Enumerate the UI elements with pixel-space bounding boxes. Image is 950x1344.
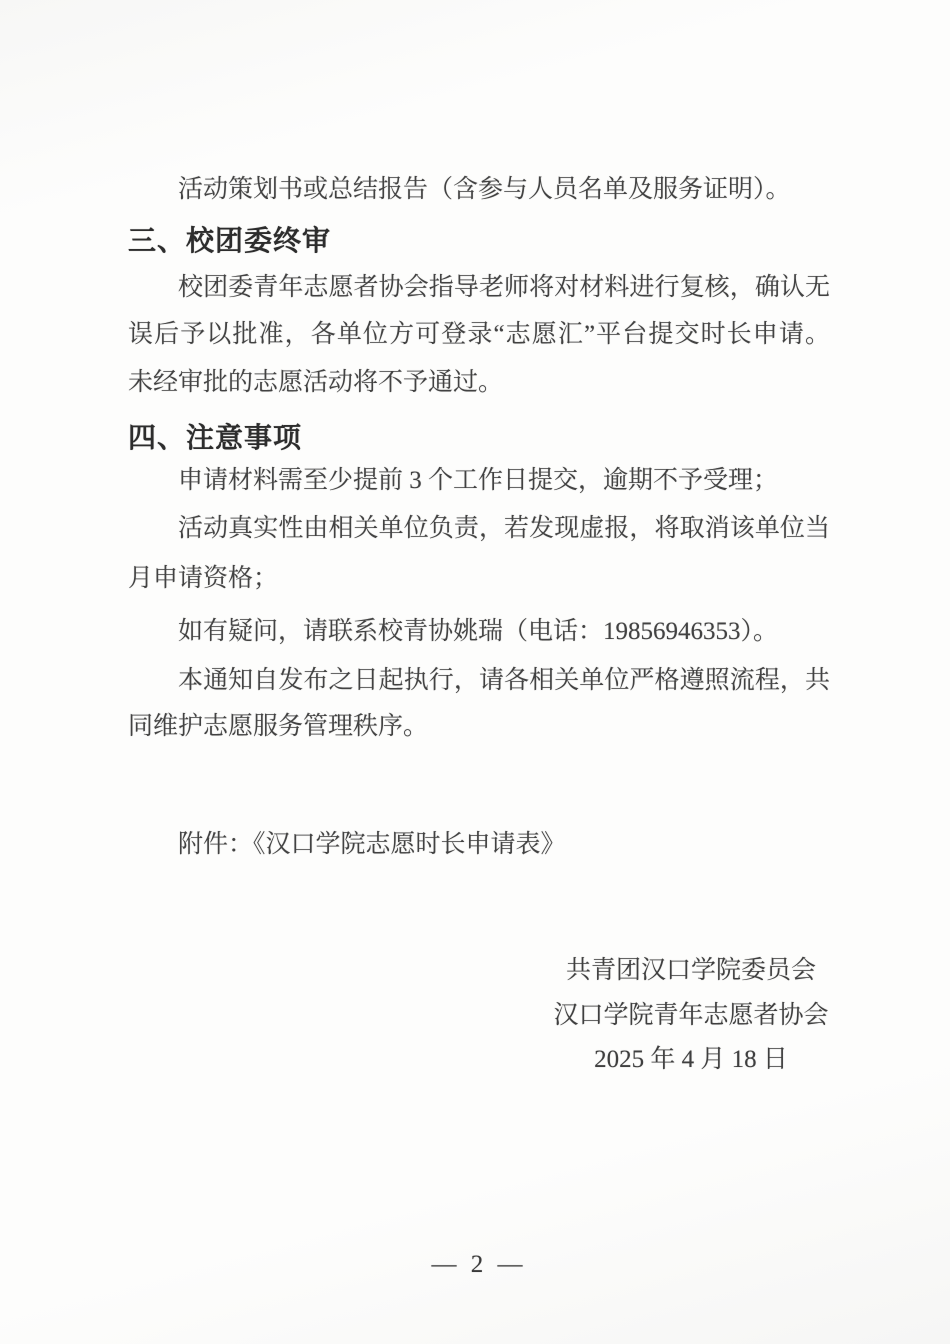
signature-org-secondary: 汉口学院青年志愿者协会 — [552, 993, 830, 1038]
para-effective-line-2: 同维护志愿服务管理秩序。 — [128, 703, 830, 751]
para-effective-line-1: 本通知自发布之日起执行，请各相关单位严格遵照流程，共 — [128, 657, 830, 705]
para-review-line-2: 误后予以批准，各单位方可登录“志愿汇”平台提交时长申请。 — [128, 311, 830, 359]
signature-date: 2025 年 4 月 18 日 — [552, 1037, 830, 1082]
para-deadline: 申请材料需至少提前 3 个工作日提交，逾期不予受理； — [128, 457, 830, 505]
signature-org-primary: 共青团汉口学院委员会 — [552, 948, 830, 993]
para-review-line-3: 未经审批的志愿活动将不予通过。 — [128, 359, 830, 407]
document-page: 活动策划书或总结报告（含参与人员名单及服务证明）。 三、校团委终审 校团委青年志… — [0, 0, 950, 1344]
para-contact: 如有疑问，请联系校青协姚瑞（电话：19856946353）。 — [128, 608, 830, 656]
para-review-line-1: 校团委青年志愿者协会指导老师将对材料进行复核，确认无 — [128, 264, 830, 312]
page-number: — 2 — — [0, 1241, 950, 1289]
heading-final-review: 三、校团委终审 — [128, 217, 830, 265]
heading-notes: 四、注意事项 — [128, 414, 830, 462]
intro-line: 活动策划书或总结报告（含参与人员名单及服务证明）。 — [128, 166, 830, 214]
para-authenticity-line-2: 月申请资格； — [128, 555, 830, 603]
para-authenticity-line-1: 活动真实性由相关单位负责，若发现虚报，将取消该单位当 — [128, 505, 830, 553]
attachment-line: 附件：《汉口学院志愿时长申请表》 — [128, 821, 830, 869]
